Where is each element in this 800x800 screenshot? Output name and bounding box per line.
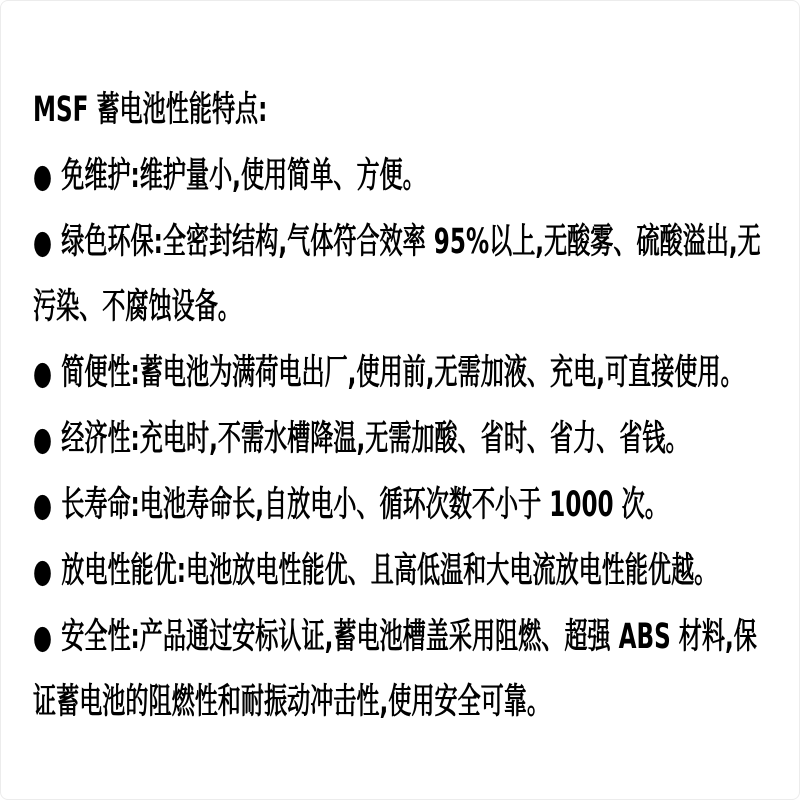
bullet-icon: ● <box>33 406 52 471</box>
feature-item: ●放电性能优:电池放电性能优、且高低温和大电流放电性能优越。 <box>33 538 770 604</box>
bullet-icon: ● <box>33 604 52 669</box>
feature-item: ●简便性:蓄电池为满荷电出厂,使用前,无需加液、充电,可直接使用。 <box>33 340 770 406</box>
feature-item: ●免维护:维护量小,使用简单、方便。 <box>33 143 770 209</box>
bullet-icon: ● <box>33 209 52 274</box>
bullet-icon: ● <box>33 538 52 603</box>
bullet-icon: ● <box>33 143 52 208</box>
feature-text: 安全性:产品通过安标认证,蓄电池槽盖采用阻燃、超强 ABS 材料,保证蓄电池的阻… <box>33 617 757 722</box>
feature-text: 简便性:蓄电池为满荷电出厂,使用前,无需加液、充电,可直接使用。 <box>61 353 743 393</box>
feature-item: ●长寿命:电池寿命长,自放电小、循环次数不小于 1000 次。 <box>33 472 770 538</box>
feature-item: ●绿色环保:全密封结构,气体符合效率 95%以上,无酸雾、硫酸溢出,无污染、不腐… <box>33 209 770 340</box>
feature-text: 经济性:充电时,不需水槽降温,无需加酸、省时、省力、省钱。 <box>61 419 688 459</box>
feature-text: 长寿命:电池寿命长,自放电小、循环次数不小于 1000 次。 <box>61 485 668 525</box>
feature-list: MSF 蓄电池性能特点: ●免维护:维护量小,使用简单、方便。 ●绿色环保:全密… <box>33 78 770 735</box>
feature-text: 绿色环保:全密封结构,气体符合效率 95%以上,无酸雾、硫酸溢出,无污染、不腐蚀… <box>33 222 761 327</box>
feature-item: ●经济性:充电时,不需水槽降温,无需加酸、省时、省力、省钱。 <box>33 406 770 472</box>
feature-text: 放电性能优:电池放电性能优、且高低温和大电流放电性能优越。 <box>61 551 717 591</box>
feature-item: ●安全性:产品通过安标认证,蓄电池槽盖采用阻燃、超强 ABS 材料,保证蓄电池的… <box>33 604 770 735</box>
feature-text: 免维护:维护量小,使用简单、方便。 <box>61 156 426 196</box>
bullet-icon: ● <box>33 472 52 537</box>
page-title: MSF 蓄电池性能特点: <box>33 78 770 143</box>
bullet-icon: ● <box>33 340 52 405</box>
